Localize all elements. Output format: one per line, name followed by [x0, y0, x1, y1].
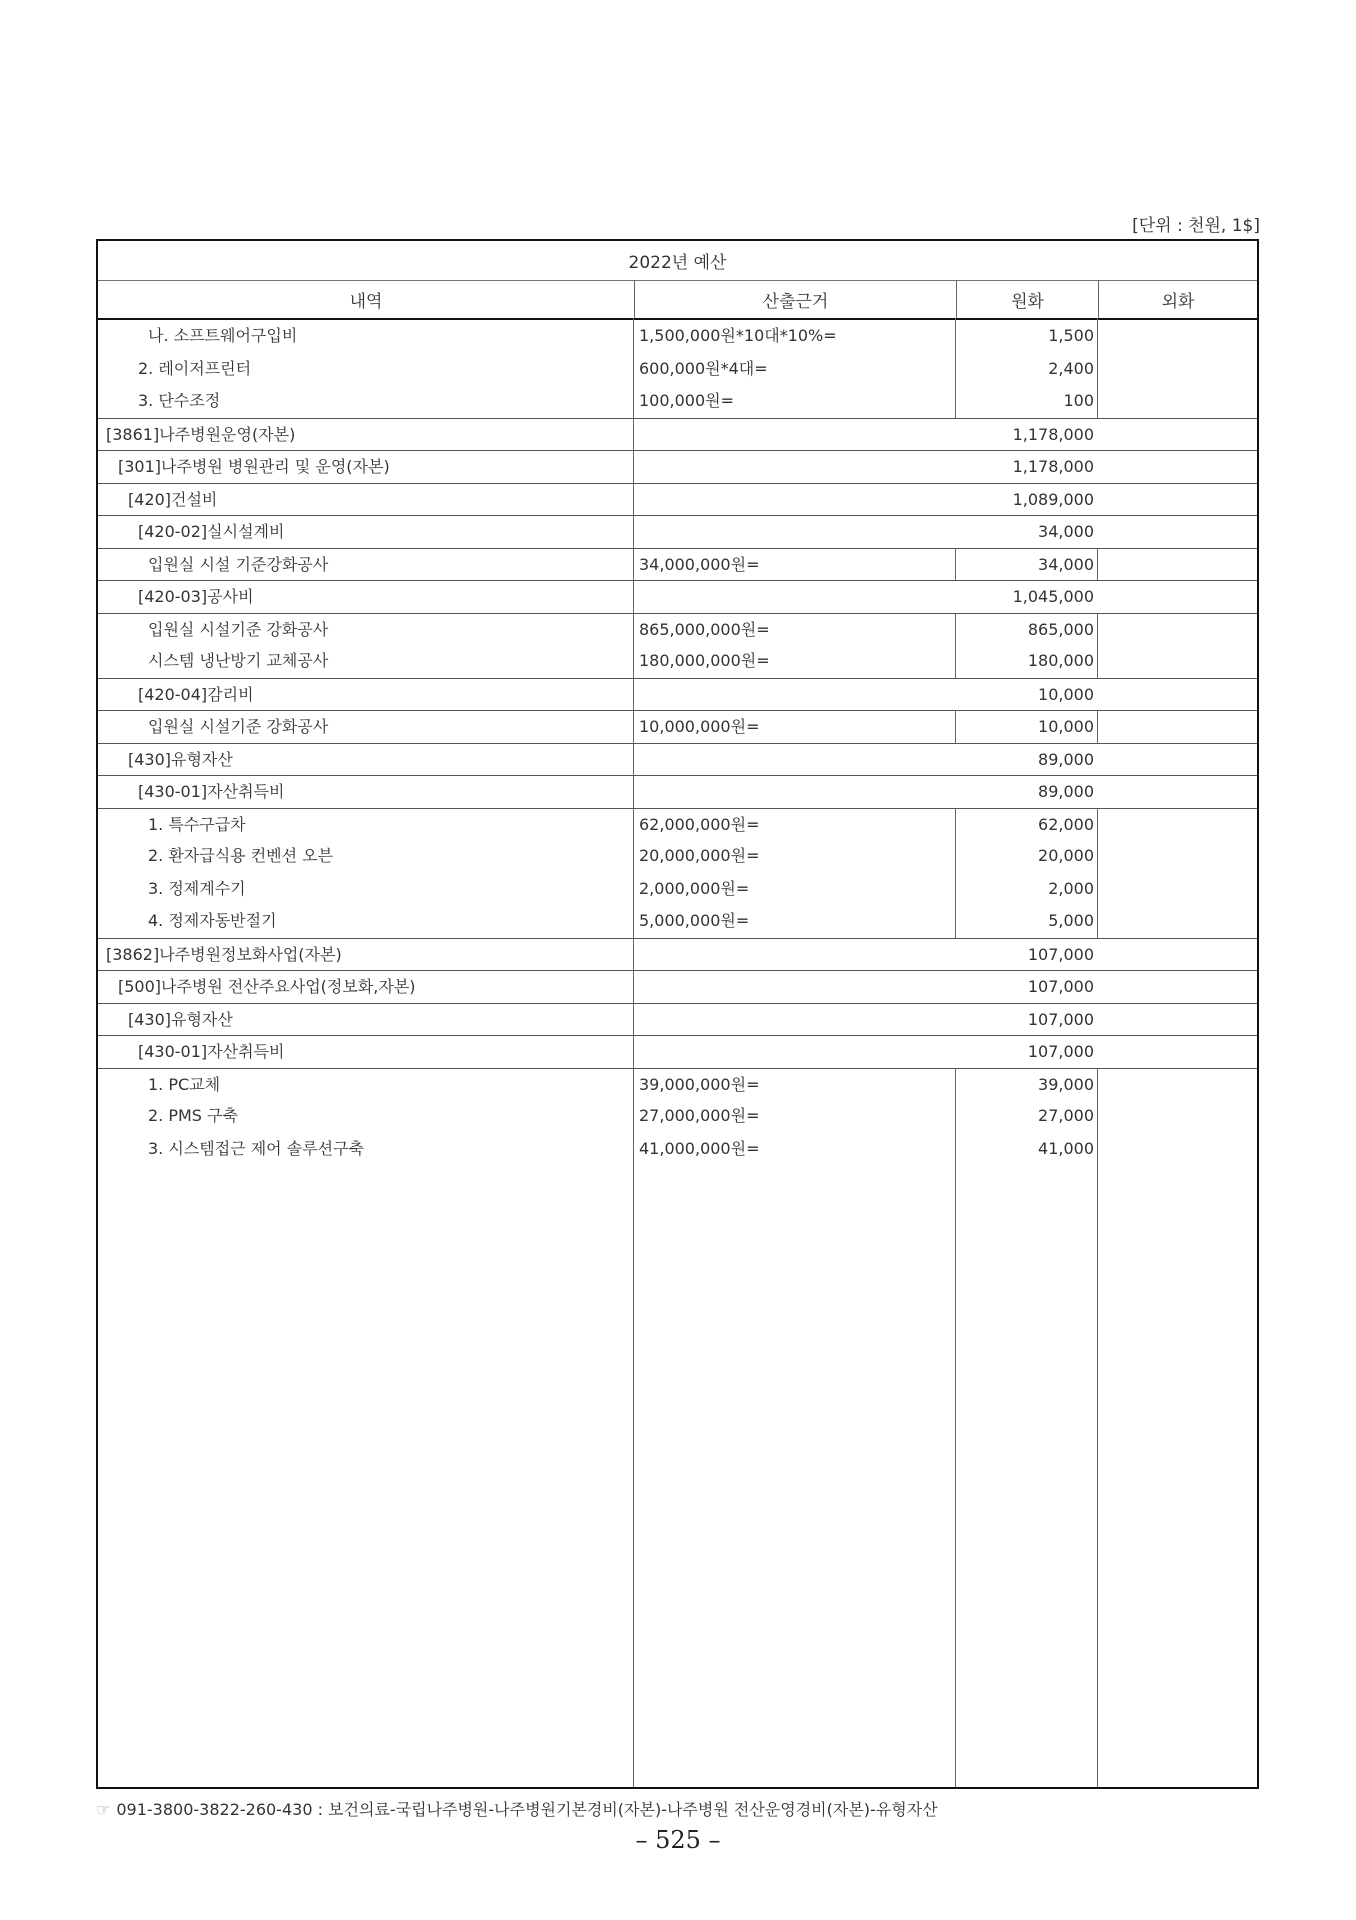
- table-row: [430-01]자산취득비107,000: [98, 1035, 1257, 1068]
- row-amount-krw: 39,000: [957, 1069, 1094, 1101]
- row-basis: 1,500,000원*10대*10%=: [639, 320, 837, 352]
- row-amount-krw: 34,000: [957, 516, 1094, 548]
- row-amount-krw: 865,000: [957, 614, 1094, 646]
- row-amount-krw: 89,000: [957, 776, 1094, 808]
- row-amount-krw: 1,178,000: [957, 451, 1094, 483]
- row-amount-krw: 107,000: [957, 939, 1094, 971]
- row-amount-krw: 34,000: [957, 549, 1094, 581]
- row-description: [420]건설비: [98, 484, 217, 516]
- row-amount-krw: 5,000: [957, 905, 1094, 937]
- header-basis: 산출근거: [635, 280, 957, 318]
- table-row: 1. PC교체39,000,000원=39,000: [98, 1068, 1257, 1101]
- row-amount-krw: 10,000: [957, 711, 1094, 743]
- row-description: 나. 소프트웨어구입비: [98, 320, 297, 353]
- table-row: 2. 레이저프린터600,000원*4대=2,400: [98, 353, 1257, 386]
- row-description: 2. 레이저프린터: [98, 353, 251, 386]
- row-description: [430-01]자산취득비: [98, 1036, 284, 1068]
- table-row: [420-02]실시설계비34,000: [98, 515, 1257, 548]
- row-amount-krw: 2,000: [957, 873, 1094, 905]
- table-row: [430]유형자산89,000: [98, 743, 1257, 776]
- row-amount-krw: 2,400: [957, 353, 1094, 385]
- row-amount-krw: 20,000: [957, 840, 1094, 872]
- row-description: 시스템 냉난방기 교체공사: [98, 645, 328, 678]
- row-amount-krw: 107,000: [957, 1036, 1094, 1068]
- table-row: [3861]나주병원운영(자본)1,178,000: [98, 418, 1257, 451]
- row-basis: 10,000,000원=: [639, 711, 759, 743]
- row-amount-krw: 107,000: [957, 971, 1094, 1003]
- table-row: [3862]나주병원정보화사업(자본)107,000: [98, 938, 1257, 971]
- row-description: [430]유형자산: [98, 1004, 233, 1036]
- table-row: [430-01]자산취득비89,000: [98, 775, 1257, 808]
- row-amount-krw: 41,000: [957, 1133, 1094, 1165]
- row-description: [500]나주병원 전산주요사업(정보화,자본): [98, 971, 416, 1003]
- row-description: 3. 단수조정: [98, 385, 220, 418]
- row-amount-krw: 62,000: [957, 809, 1094, 841]
- row-basis: 20,000,000원=: [639, 840, 759, 872]
- budget-table: 2022년 예산 내역 산출근거 원화 외화 나. 소프트웨어구입비1,500,…: [96, 239, 1259, 1789]
- row-basis: 180,000,000원=: [639, 645, 770, 677]
- table-row: 3. 단수조정100,000원=100: [98, 385, 1257, 418]
- table-row: [500]나주병원 전산주요사업(정보화,자본)107,000: [98, 970, 1257, 1003]
- row-basis: 100,000원=: [639, 385, 734, 417]
- table-header-row: 내역 산출근거 원화 외화: [98, 280, 1257, 320]
- row-amount-krw: 27,000: [957, 1100, 1094, 1132]
- row-description: [420-04]감리비: [98, 679, 254, 711]
- table-row: 3. 정제계수기2,000,000원=2,000: [98, 873, 1257, 906]
- row-amount-krw: 10,000: [957, 679, 1094, 711]
- row-basis: 27,000,000원=: [639, 1100, 759, 1132]
- row-basis: 865,000,000원=: [639, 614, 770, 646]
- row-description: 3. 정제계수기: [98, 873, 246, 906]
- row-basis: 41,000,000원=: [639, 1133, 759, 1165]
- row-description: 2. 환자급식용 컨벤션 오븐: [98, 840, 333, 873]
- table-row: 1. 특수구급차62,000,000원=62,000: [98, 808, 1257, 841]
- row-amount-krw: 107,000: [957, 1004, 1094, 1036]
- table-row: [420-03]공사비1,045,000: [98, 580, 1257, 613]
- row-description: 입원실 시설기준 강화공사: [98, 614, 328, 646]
- row-amount-krw: 89,000: [957, 744, 1094, 776]
- row-basis: 39,000,000원=: [639, 1069, 759, 1101]
- row-amount-krw: 1,178,000: [957, 419, 1094, 451]
- header-foreign: 외화: [1099, 280, 1257, 318]
- table-row: [301]나주병원 병원관리 및 운영(자본)1,178,000: [98, 450, 1257, 483]
- header-description: 내역: [98, 280, 635, 318]
- header-krw: 원화: [957, 280, 1099, 318]
- row-description: [3862]나주병원정보화사업(자본): [98, 939, 342, 971]
- table-row: 입원실 시설 기준강화공사34,000,000원=34,000: [98, 548, 1257, 581]
- row-description: [430-01]자산취득비: [98, 776, 284, 808]
- row-description: [430]유형자산: [98, 744, 233, 776]
- row-description: 1. PC교체: [98, 1069, 220, 1101]
- row-description: [301]나주병원 병원관리 및 운영(자본): [98, 451, 390, 483]
- row-amount-krw: 100: [957, 385, 1094, 417]
- unit-label: [단위 : 천원, 1$]: [1132, 211, 1260, 236]
- table-row: [430]유형자산107,000: [98, 1003, 1257, 1036]
- row-amount-krw: 1,045,000: [957, 581, 1094, 613]
- row-basis: 34,000,000원=: [639, 549, 759, 581]
- row-description: [3861]나주병원운영(자본): [98, 419, 295, 451]
- table-row: 입원실 시설기준 강화공사865,000,000원=865,000: [98, 613, 1257, 646]
- row-basis: 5,000,000원=: [639, 905, 749, 937]
- table-row: 4. 정제자동반절기5,000,000원=5,000: [98, 905, 1257, 938]
- row-description: [420-03]공사비: [98, 581, 254, 613]
- row-basis: 600,000원*4대=: [639, 353, 768, 385]
- row-description: 3. 시스템접근 제어 솔루션구축: [98, 1133, 364, 1166]
- table-row: 2. 환자급식용 컨벤션 오븐20,000,000원=20,000: [98, 840, 1257, 873]
- page-number: – 525 –: [0, 1826, 1356, 1854]
- table-row: [420]건설비1,089,000: [98, 483, 1257, 516]
- table-title: 2022년 예산: [98, 241, 1257, 281]
- table-row: 3. 시스템접근 제어 솔루션구축41,000,000원=41,000: [98, 1133, 1257, 1166]
- row-description: 입원실 시설 기준강화공사: [98, 549, 328, 581]
- row-description: 입원실 시설기준 강화공사: [98, 711, 328, 743]
- row-basis: 62,000,000원=: [639, 809, 759, 841]
- pointing-hand-icon: ☞: [96, 1800, 110, 1819]
- row-description: 2. PMS 구축: [98, 1100, 238, 1133]
- row-amount-krw: 1,500: [957, 320, 1094, 352]
- row-amount-krw: 180,000: [957, 645, 1094, 677]
- table-row: 시스템 냉난방기 교체공사180,000,000원=180,000: [98, 645, 1257, 678]
- table-row: 2. PMS 구축27,000,000원=27,000: [98, 1100, 1257, 1133]
- row-description: 1. 특수구급차: [98, 809, 246, 841]
- table-row: 나. 소프트웨어구입비1,500,000원*10대*10%=1,500: [98, 320, 1257, 353]
- footer-text: 091-3800-3822-260-430 : 보건의료-국립나주병원-나주병원…: [116, 1800, 937, 1819]
- row-description: 4. 정제자동반절기: [98, 905, 277, 938]
- row-basis: 2,000,000원=: [639, 873, 749, 905]
- footer-note: ☞091-3800-3822-260-430 : 보건의료-국립나주병원-나주병…: [96, 1797, 938, 1820]
- row-amount-krw: 1,089,000: [957, 484, 1094, 516]
- table-row: [420-04]감리비10,000: [98, 678, 1257, 711]
- table-body: 나. 소프트웨어구입비1,500,000원*10대*10%=1,5002. 레이…: [98, 320, 1257, 1165]
- table-row: 입원실 시설기준 강화공사10,000,000원=10,000: [98, 710, 1257, 743]
- row-description: [420-02]실시설계비: [98, 516, 284, 548]
